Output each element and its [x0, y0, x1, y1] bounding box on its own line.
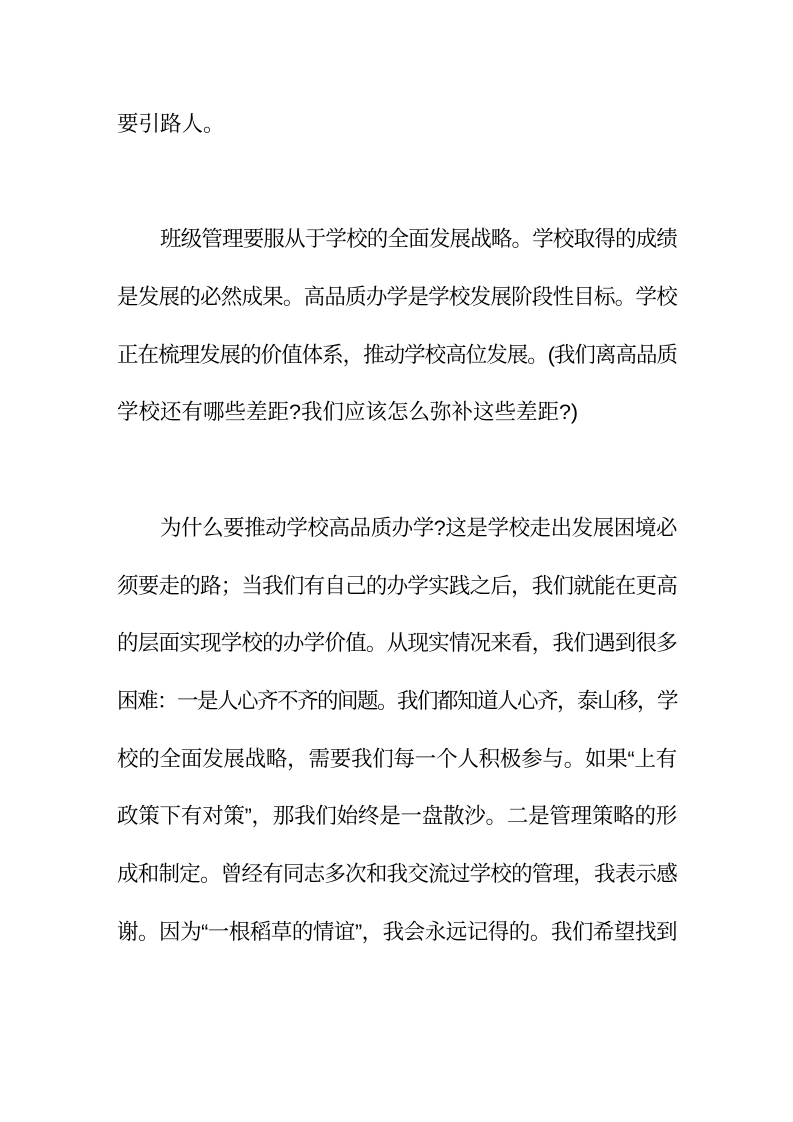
text-line: 正在梳理发展的价值体系，推动学校高位发展。(我们离高品质	[117, 327, 677, 385]
text-line: 是发展的必然成果。高品质办学是学校发展阶段性目标。学校	[117, 269, 677, 327]
text-line: 须要走的路；当我们有自己的办学实践之后，我们就能在更高	[117, 558, 677, 616]
text-line-content: 校的全面发展战略，需要我们每一个人积极参与。如果“上有	[117, 731, 677, 789]
text-line-content: 学校还有哪些差距?我们应该怎么弥补这些差距?)	[117, 384, 578, 442]
text-line-content: 困难：一是人心齐不齐的间题。我们都知道人心齐，泰山移，学	[117, 673, 677, 731]
text-line-content: 谢。因为“一根稻草的情谊”，我会永远记得的。我们希望找到	[117, 904, 677, 962]
text-line: 学校还有哪些差距?我们应该怎么弥补这些差距?)	[117, 384, 677, 442]
text-line-content: 班级管理要服从于学校的全面发展战略。学校取得的成绩	[160, 211, 677, 269]
paragraph: 班级管理要服从于学校的全面发展战略。学校取得的成绩是发展的必然成果。高品质办学是…	[117, 211, 677, 442]
text-line-content: 要引路人。	[117, 96, 225, 154]
text-line: 成和制定。曾经有同志多次和我交流过学校的管理，我表示感	[117, 846, 677, 904]
text-line: 谢。因为“一根稻草的情谊”，我会永远记得的。我们希望找到	[117, 904, 677, 962]
text-line-content: 成和制定。曾经有同志多次和我交流过学校的管理，我表示感	[117, 846, 677, 904]
text-line: 要引路人。	[117, 96, 677, 154]
text-line-content: 的层面实现学校的办学价值。从现实情况来看，我们遇到很多	[117, 615, 677, 673]
text-line: 班级管理要服从于学校的全面发展战略。学校取得的成绩	[117, 211, 677, 269]
paragraph: 要引路人。	[117, 96, 677, 154]
text-line-content: 为什么要推动学校高品质办学?这是学校走出发展困境必	[160, 500, 677, 558]
text-line-content: 须要走的路；当我们有自己的办学实践之后，我们就能在更高	[117, 558, 677, 616]
text-line: 为什么要推动学校高品质办学?这是学校走出发展困境必	[117, 500, 677, 558]
text-line-content: 政策下有对策”，那我们始终是一盘散沙。二是管理策略的形	[117, 788, 677, 846]
text-line: 困难：一是人心齐不齐的间题。我们都知道人心齐，泰山移，学	[117, 673, 677, 731]
document-page: 要引路人。班级管理要服从于学校的全面发展战略。学校取得的成绩是发展的必然成果。高…	[0, 0, 793, 1122]
text-line: 校的全面发展战略，需要我们每一个人积极参与。如果“上有	[117, 731, 677, 789]
text-line: 政策下有对策”，那我们始终是一盘散沙。二是管理策略的形	[117, 788, 677, 846]
paragraph: 为什么要推动学校高品质办学?这是学校走出发展困境必须要走的路；当我们有自己的办学…	[117, 500, 677, 962]
text-line-content: 正在梳理发展的价值体系，推动学校高位发展。(我们离高品质	[117, 327, 677, 385]
text-line: 的层面实现学校的办学价值。从现实情况来看，我们遇到很多	[117, 615, 677, 673]
text-line-content: 是发展的必然成果。高品质办学是学校发展阶段性目标。学校	[117, 269, 677, 327]
